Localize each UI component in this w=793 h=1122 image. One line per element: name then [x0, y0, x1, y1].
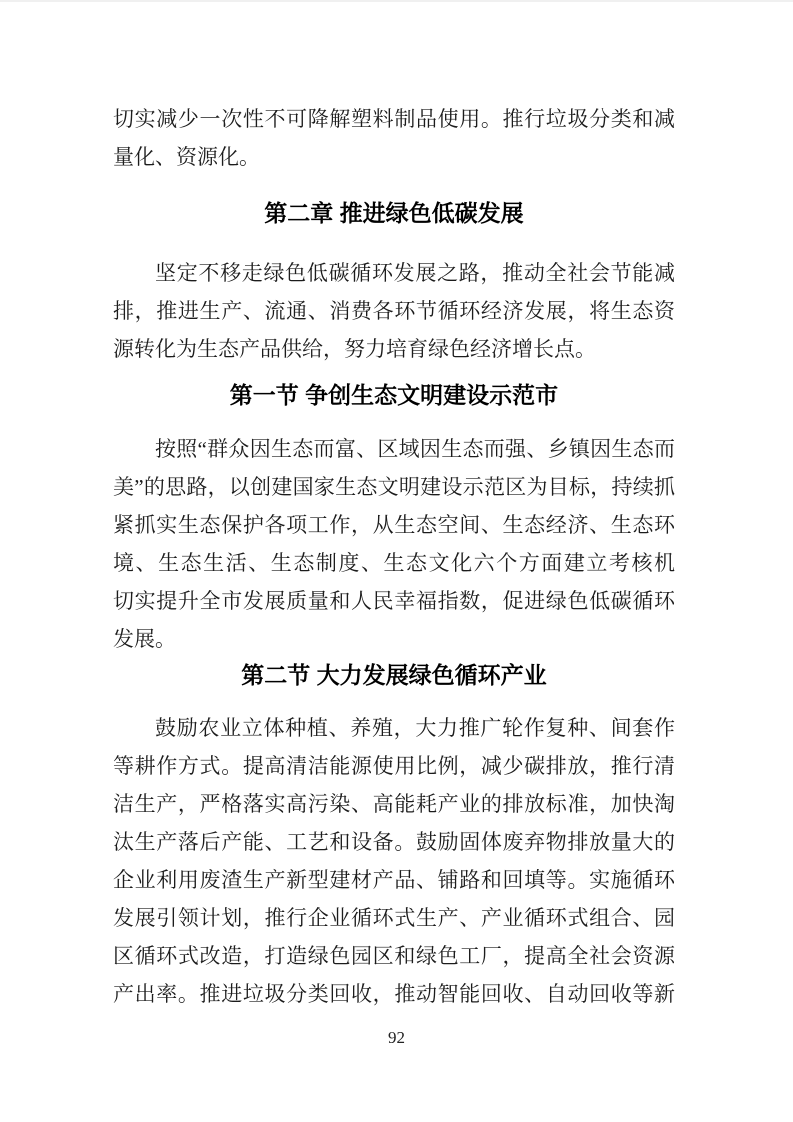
section-heading-1: 第一节 争创生态文明建设示范市	[113, 376, 675, 414]
text-line: 美”的思路，以创建国家生态文明建设示范区为目标，持续抓	[113, 468, 675, 506]
text-line: 等耕作方式。提高清洁能源使用比例，减少碳排放，推行清	[113, 747, 675, 785]
paragraph-chapter-intro: 坚定不移走绿色低碳循环发展之路，推动全社会节能减排，推进生产、流通、消费各环节循…	[113, 254, 675, 368]
text-line: 坚定不移走绿色低碳循环发展之路，推动全社会节能减	[113, 254, 675, 292]
paragraph-section-2: 鼓励农业立体种植、养殖，大力推广轮作复种、间套作等耕作方式。提高清洁能源使用比例…	[113, 709, 675, 1013]
document-page: 切实减少一次性不可降解塑料制品使用。推行垃圾分类和减量化、资源化。第二章 推进绿…	[0, 0, 793, 1122]
page-number: 92	[0, 1028, 793, 1048]
text-line: 发展。	[113, 620, 675, 658]
text-line: 企业利用废渣生产新型建材产品、铺路和回填等。实施循环	[113, 861, 675, 899]
text-line: 境、生态生活、生态制度、生态文化六个方面建立考核机制，	[113, 544, 675, 582]
text-line: 按照“群众因生态而富、区域因生态而强、乡镇因生态而	[113, 430, 675, 468]
text-line: 排，推进生产、流通、消费各环节循环经济发展，将生态资	[113, 292, 675, 330]
paragraph-continuation: 切实减少一次性不可降解塑料制品使用。推行垃圾分类和减量化、资源化。	[113, 100, 675, 176]
section-heading-2: 第二节 大力发展绿色循环产业	[113, 656, 675, 694]
text-line: 洁生产，严格落实高污染、高能耗产业的排放标准，加快淘	[113, 785, 675, 823]
chapter-heading: 第二章 推进绿色低碳发展	[113, 194, 675, 232]
text-line: 鼓励农业立体种植、养殖，大力推广轮作复种、间套作	[113, 709, 675, 747]
scan-edge-artifact	[0, 0, 793, 2]
text-line: 源转化为生态产品供给，努力培育绿色经济增长点。	[113, 330, 675, 368]
text-line: 切实提升全市发展质量和人民幸福指数，促进绿色低碳循环	[113, 582, 675, 620]
text-line: 切实减少一次性不可降解塑料制品使用。推行垃圾分类和减	[113, 100, 675, 138]
paragraph-section-1: 按照“群众因生态而富、区域因生态而强、乡镇因生态而美”的思路，以创建国家生态文明…	[113, 430, 675, 658]
text-line: 发展引领计划，推行企业循环式生产、产业循环式组合、园	[113, 899, 675, 937]
text-line: 区循环式改造，打造绿色园区和绿色工厂，提高全社会资源	[113, 937, 675, 975]
text-line: 量化、资源化。	[113, 138, 675, 176]
text-line: 紧抓实生态保护各项工作，从生态空间、生态经济、生态环	[113, 506, 675, 544]
text-line: 汰生产落后产能、工艺和设备。鼓励固体废弃物排放量大的	[113, 823, 675, 861]
text-line: 产出率。推进垃圾分类回收，推动智能回收、自动回收等新	[113, 975, 675, 1013]
